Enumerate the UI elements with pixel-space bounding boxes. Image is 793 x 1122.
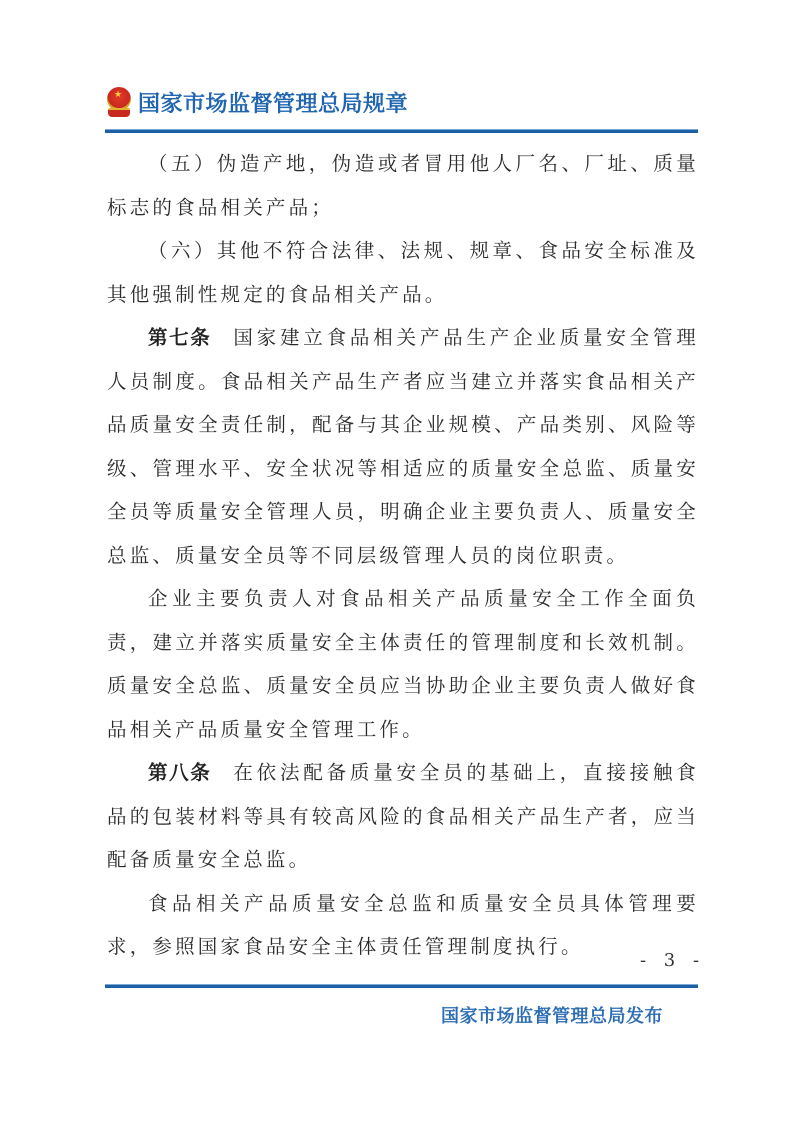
article-heading: 第八条	[148, 761, 211, 784]
article-seven-para-2: 企业主要负责人对食品相关产品质量安全工作全面负责，建立并落实质量安全主体责任的管…	[107, 577, 699, 751]
header-divider	[105, 129, 698, 133]
clause-five: （五）伪造产地，伪造或者冒用他人厂名、厂址、质量标志的食品相关产品；	[107, 142, 699, 229]
document-header: ★ 国家市场监督管理总局规章	[106, 84, 408, 120]
page-number: - 3 -	[640, 950, 705, 971]
article-eight: 第八条在依法配备质量安全员的基础上，直接接触食品的包装材料等具有较高风险的食品相…	[107, 751, 699, 882]
article-eight-para-2: 食品相关产品质量安全总监和质量安全员具体管理要求，参照国家食品安全主体责任管理制…	[107, 882, 699, 969]
footer-divider	[105, 984, 698, 988]
article-seven: 第七条国家建立食品相关产品生产企业质量安全管理人员制度。食品相关产品生产者应当建…	[107, 316, 699, 577]
clause-six: （六）其他不符合法律、法规、规章、食品安全标准及其他强制性规定的食品相关产品。	[107, 229, 699, 316]
header-title: 国家市场监督管理总局规章	[138, 87, 408, 118]
national-emblem-icon: ★	[106, 87, 132, 117]
document-body: （五）伪造产地，伪造或者冒用他人厂名、厂址、质量标志的食品相关产品； （六）其他…	[107, 142, 699, 969]
footer-publisher: 国家市场监督管理总局发布	[441, 1002, 663, 1028]
article-heading: 第七条	[148, 326, 211, 349]
